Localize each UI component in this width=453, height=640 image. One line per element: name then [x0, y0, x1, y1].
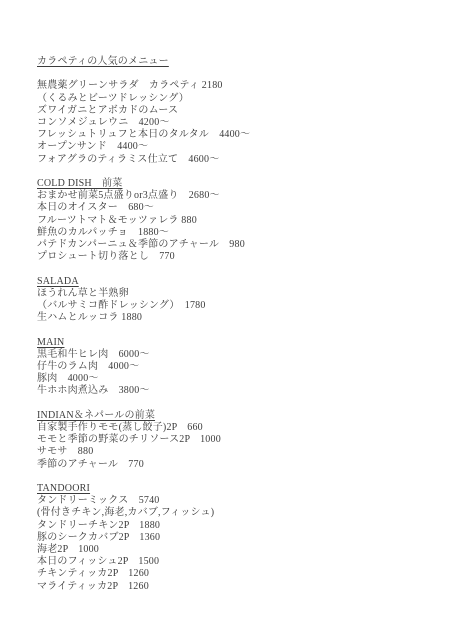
menu-item: 豚のシークカバブ2P 1360 [37, 532, 433, 544]
section-heading-indian-nepal: INDIAN＆ネパールの前菜 [37, 410, 433, 422]
menu-section-popular: カラペティの人気のメニュー 無農薬グリーンサラダ カラペティ 2180 （くるみ… [37, 56, 433, 166]
section-heading-cold-dish: COLD DISH 前菜 [37, 178, 433, 190]
menu-item: オープンサンド 4400～ [37, 141, 433, 153]
menu-item: 黒毛和牛ヒレ肉 6000～ [37, 349, 433, 361]
menu-section-indian-nepal: INDIAN＆ネパールの前菜 自家製手作りモモ(蒸し餃子)2P 660 モモと季… [37, 410, 433, 471]
menu-item: 豚肉 4000～ [37, 373, 433, 385]
menu-item: 無農薬グリーンサラダ カラペティ 2180 [37, 80, 433, 92]
menu-item: 本日のオイスター 680～ [37, 202, 433, 214]
menu-item: 海老2P 1000 [37, 544, 433, 556]
menu-item: タンドリーチキン2P 1880 [37, 520, 433, 532]
menu-section-cold-dish: COLD DISH 前菜 おまかせ前菜5点盛りor3点盛り 2680～ 本日のオ… [37, 178, 433, 263]
menu-section-tandoori: TANDOORI タンドリーミックス 5740 (骨付きチキン,海老,カバブ,フ… [37, 483, 433, 593]
menu-title: カラペティの人気のメニュー [37, 56, 433, 68]
menu-item: おまかせ前菜5点盛りor3点盛り 2680～ [37, 190, 433, 202]
menu-item: パテドカンパーニュ＆季節のアチャール 980 [37, 239, 433, 251]
menu-item: （バルサミコ酢ドレッシング） 1780 [37, 300, 433, 312]
menu-item: 仔牛のラム肉 4000～ [37, 361, 433, 373]
menu-item: フレッシュトリュフと本日のタルタル 4400～ [37, 129, 433, 141]
menu-page: カラペティの人気のメニュー 無農薬グリーンサラダ カラペティ 2180 （くるみ… [0, 0, 453, 640]
menu-section-main: MAIN 黒毛和牛ヒレ肉 6000～ 仔牛のラム肉 4000～ 豚肉 4000～… [37, 337, 433, 398]
menu-item: ズワイガニとアボカドのムース [37, 105, 433, 117]
menu-item: 鮮魚のカルパッチョ 1880～ [37, 227, 433, 239]
menu-item: タンドリーミックス 5740 [37, 495, 433, 507]
menu-item: 自家製手作りモモ(蒸し餃子)2P 660 [37, 422, 433, 434]
menu-item: フルーツトマト＆モッツァレラ 880 [37, 215, 433, 227]
menu-item: 季節のアチャール 770 [37, 459, 433, 471]
menu-item: プロシュート切り落とし 770 [37, 251, 433, 263]
section-heading-main: MAIN [37, 337, 433, 349]
menu-item: サモサ 880 [37, 446, 433, 458]
menu-item: チキンティッカ2P 1260 [37, 568, 433, 580]
menu-item: 生ハムとルッコラ 1880 [37, 312, 433, 324]
menu-item: コンソメジュレウニ 4200～ [37, 117, 433, 129]
menu-item: 牛ホホ肉煮込み 3800～ [37, 385, 433, 397]
menu-item: (骨付きチキン,海老,カバブ,フィッシュ) [37, 507, 433, 519]
menu-item: フォアグラのティラミス仕立て 4600～ [37, 154, 433, 166]
menu-item: 本日のフィッシュ2P 1500 [37, 556, 433, 568]
menu-item: モモと季節の野菜のチリソース2P 1000 [37, 434, 433, 446]
section-heading-tandoori: TANDOORI [37, 483, 433, 495]
menu-item: ほうれん草と半熟卵 [37, 288, 433, 300]
menu-item: （くるみとビーツドレッシング） [37, 93, 433, 105]
section-heading-salada: SALADA [37, 276, 433, 288]
menu-section-salada: SALADA ほうれん草と半熟卵 （バルサミコ酢ドレッシング） 1780 生ハム… [37, 276, 433, 325]
menu-item: マライティッカ2P 1260 [37, 581, 433, 593]
